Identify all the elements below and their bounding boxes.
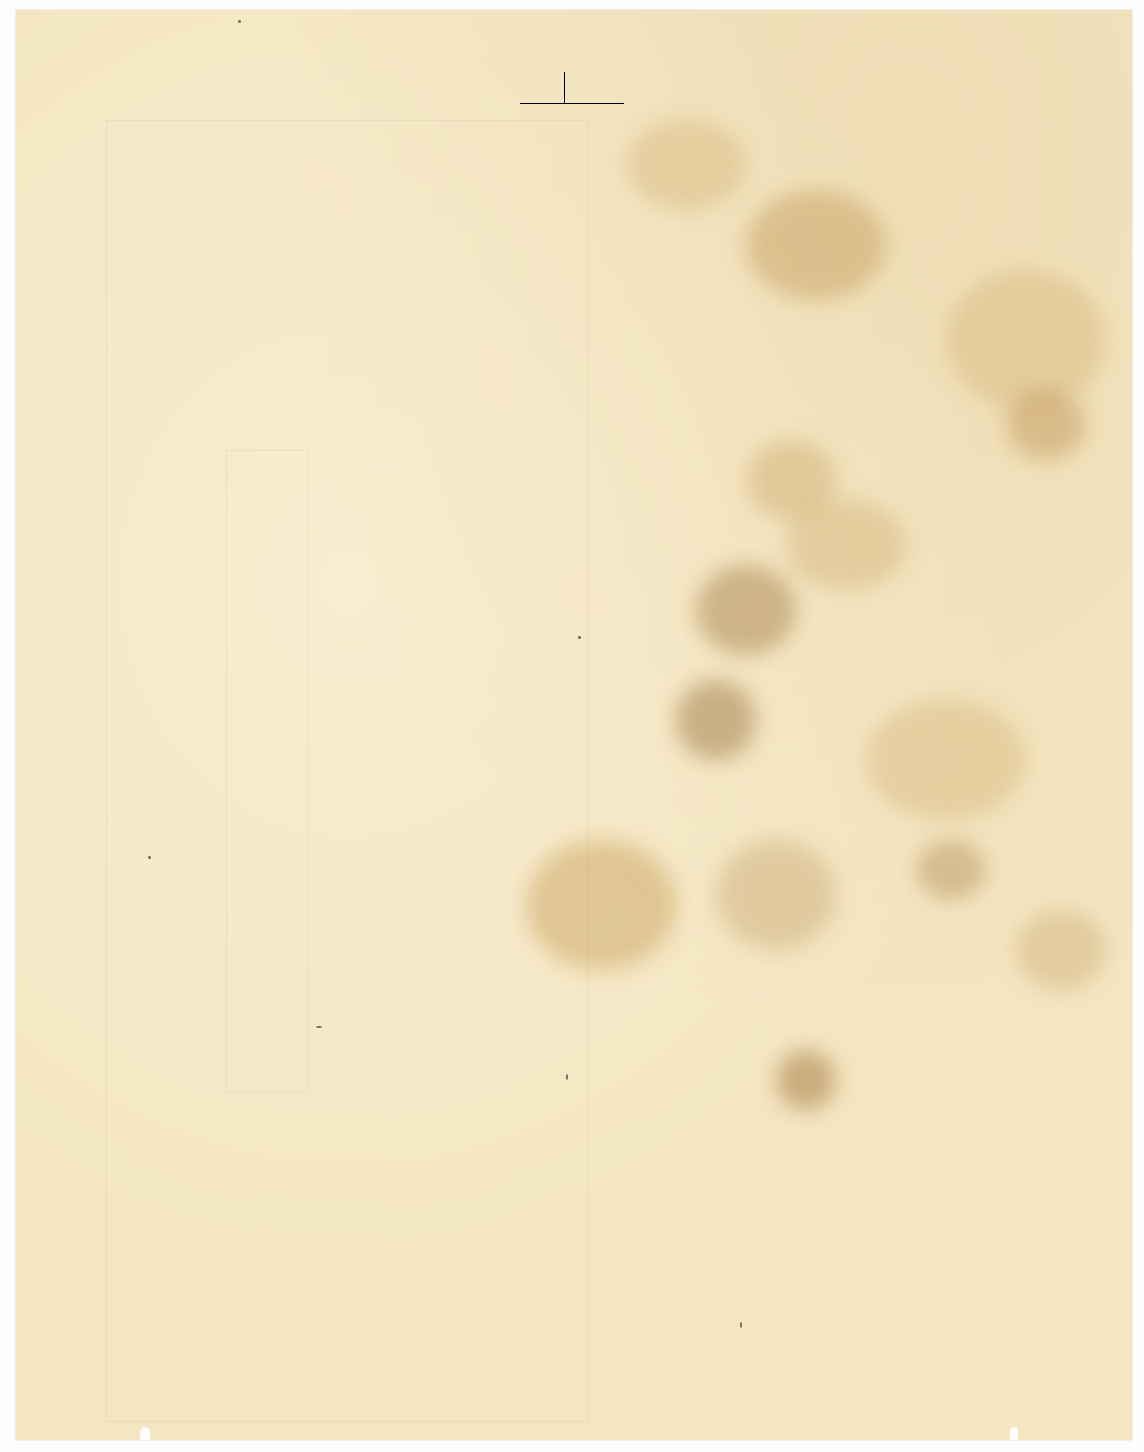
stain <box>626 120 746 210</box>
stain <box>1006 390 1086 460</box>
show-through-frame <box>106 120 588 1422</box>
paper-notch <box>1010 1427 1018 1440</box>
speck <box>148 856 151 859</box>
stain <box>916 840 986 900</box>
stain <box>866 700 1026 820</box>
paper-notch <box>140 1427 150 1440</box>
stain <box>526 840 676 970</box>
speck <box>740 1322 742 1328</box>
stain <box>1016 910 1106 990</box>
stain <box>716 840 836 950</box>
speck <box>238 20 241 23</box>
stain <box>786 500 906 590</box>
pencil-mark-vertical <box>564 72 565 104</box>
stain <box>676 680 756 760</box>
stain <box>946 270 1106 410</box>
speck <box>578 636 581 639</box>
stain <box>696 565 796 655</box>
speck <box>316 1026 322 1028</box>
pencil-mark-horizontal <box>520 103 624 104</box>
show-through-frame-inner <box>226 450 308 1092</box>
speck <box>566 1074 568 1080</box>
stain <box>746 190 886 300</box>
paper-sheet <box>16 10 1132 1440</box>
stain <box>776 1050 836 1110</box>
